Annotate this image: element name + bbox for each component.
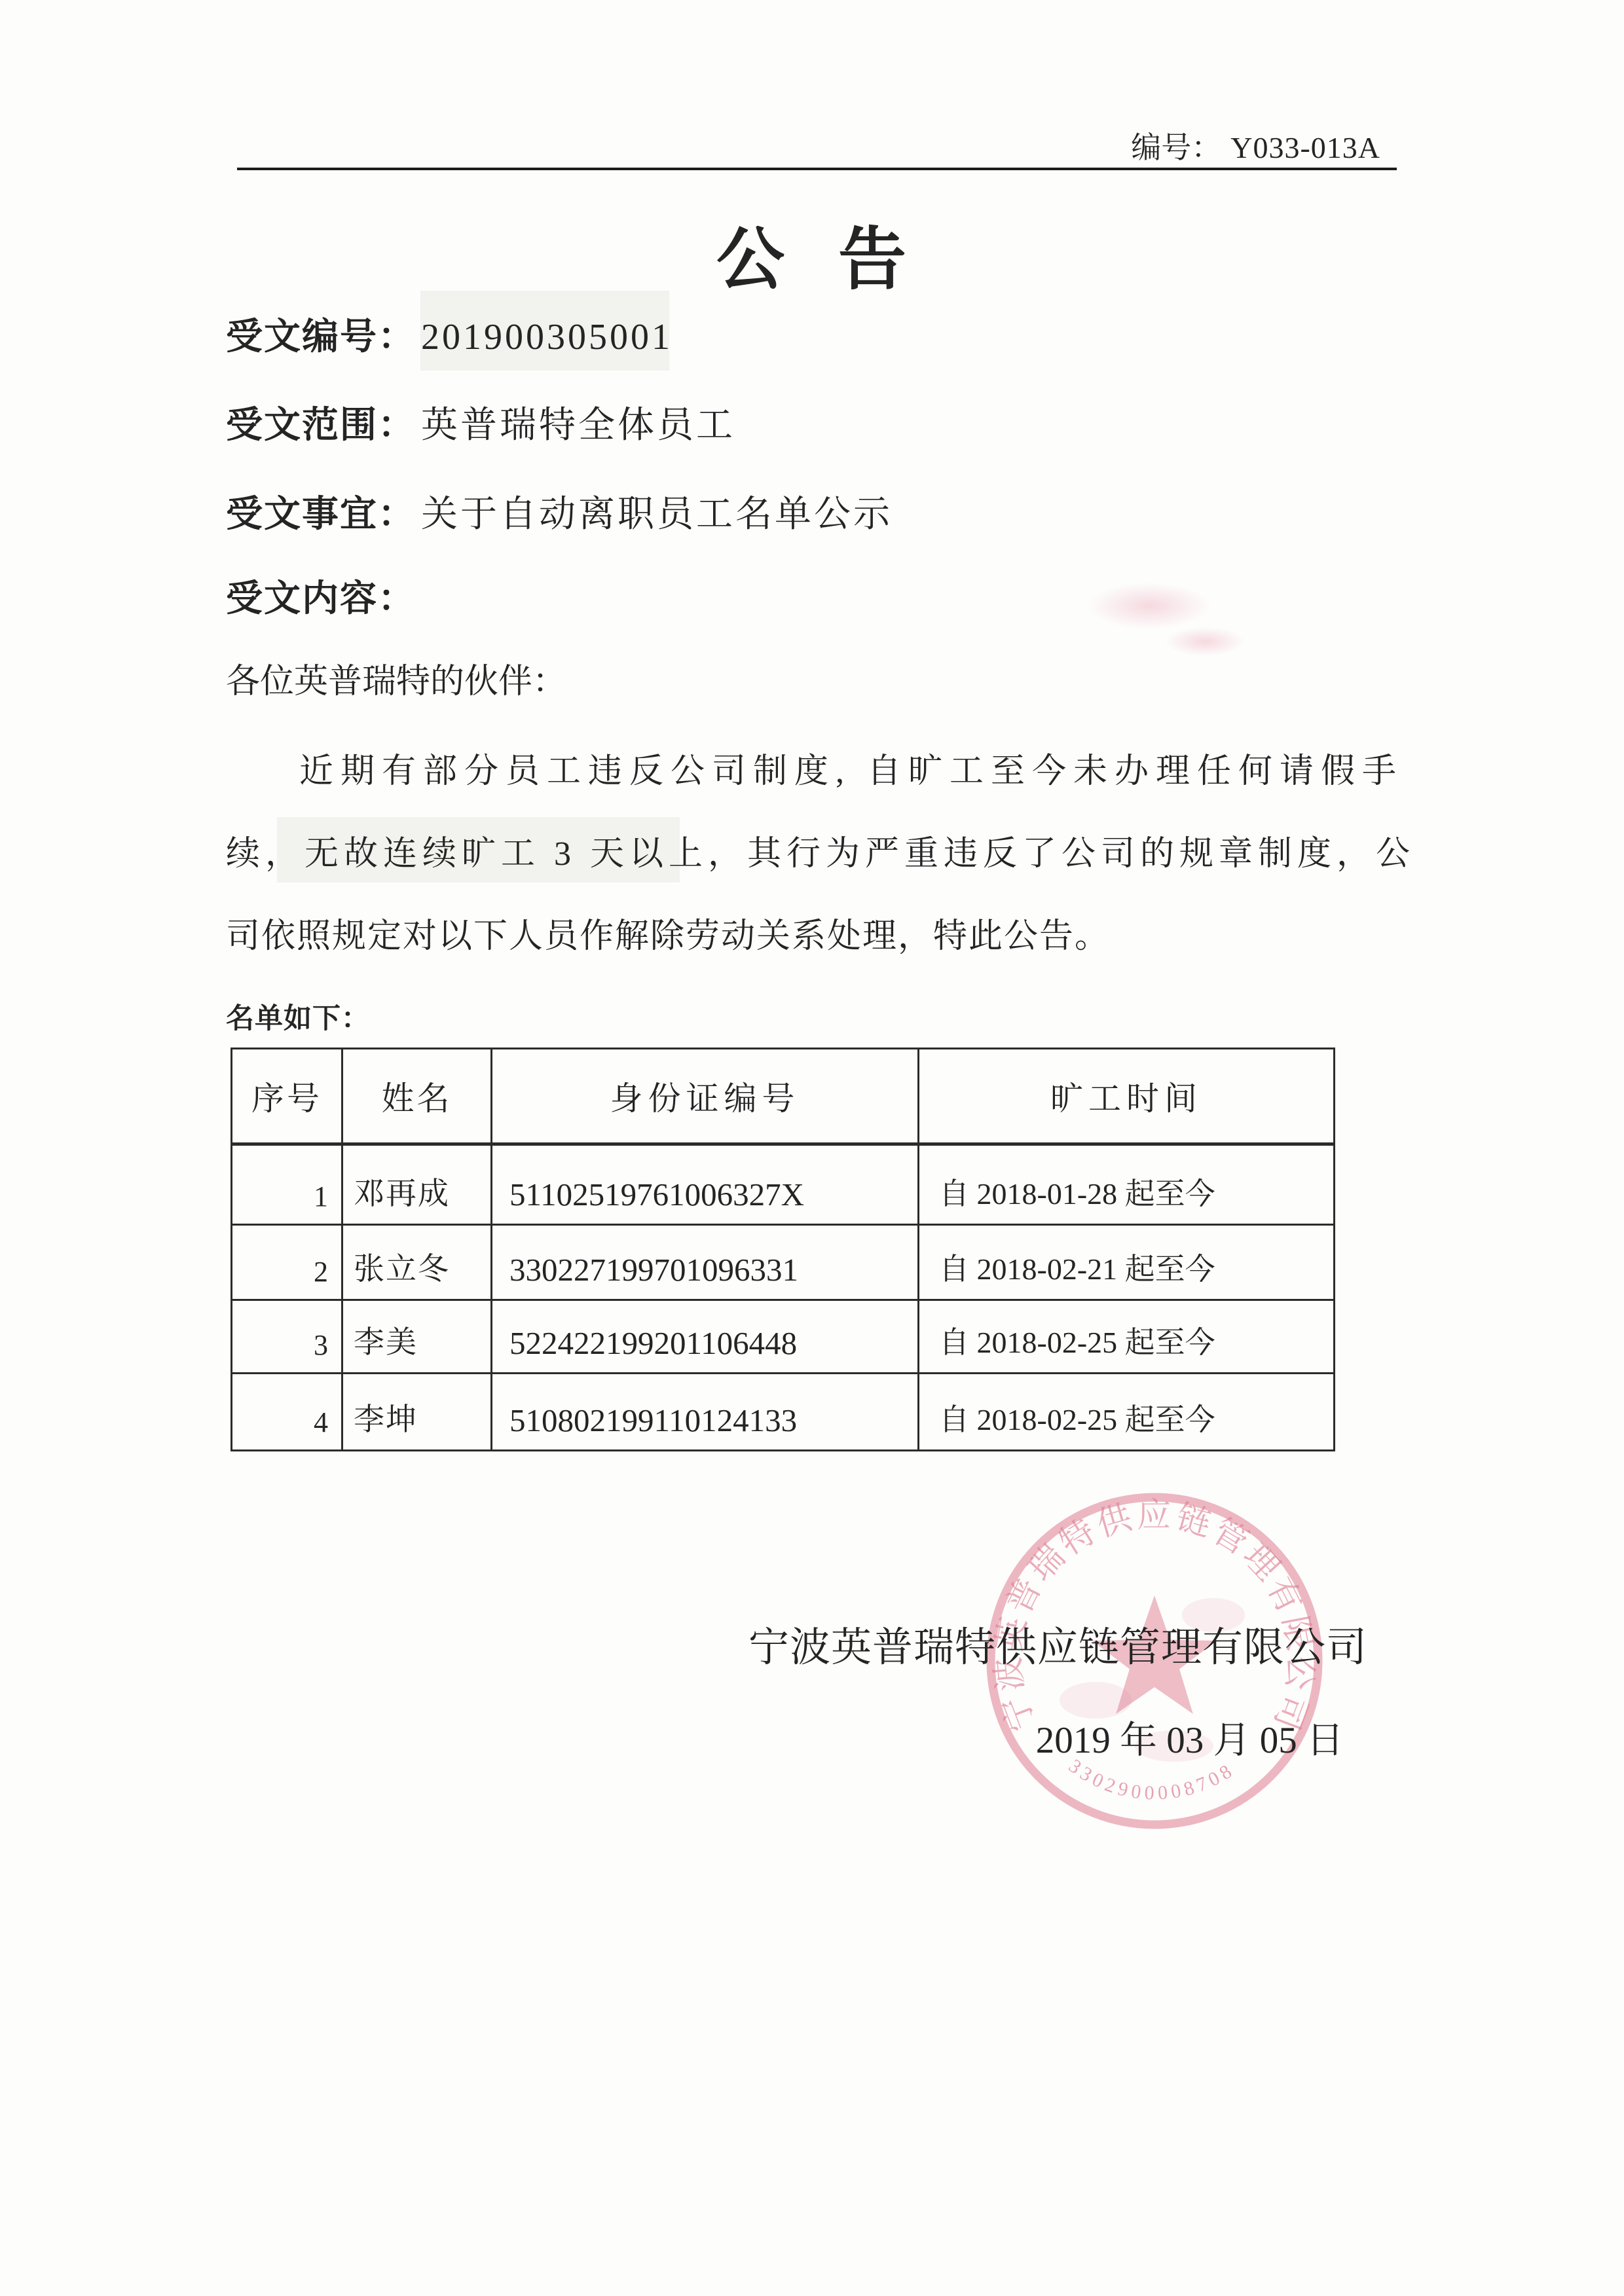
field-value: 关于自动离职员工名单公示	[421, 494, 893, 535]
cell-id: 510802199110124133	[492, 1374, 919, 1451]
table-row: 1 邓再成 51102519761006327X 自 2018-01-28 起至…	[232, 1144, 1335, 1225]
field-value: 201900305001	[421, 317, 673, 357]
table-row: 3 李美 522422199201106448 自 2018-02-25 起至今	[232, 1300, 1335, 1374]
field-label: 受文内容：	[226, 579, 416, 619]
cell-index: 1	[232, 1144, 342, 1225]
body-line: 司依照规定对以下人员作解除劳动关系处理，特此公告。	[226, 915, 1110, 958]
cell-id: 522422199201106448	[492, 1300, 919, 1374]
table-row: 2 张立冬 330227199701096331 自 2018-02-21 起至…	[232, 1225, 1335, 1300]
salutation: 各位英普瑞特的伙伴：	[226, 662, 566, 702]
doc-number: 编号：Y033-013A	[1131, 130, 1380, 166]
col-header-index: 序号	[232, 1049, 342, 1144]
field-content: 受文内容：	[226, 577, 421, 621]
doc-title: 公 告	[0, 221, 1624, 300]
header-rule	[237, 168, 1397, 170]
roster-table: 序号 姓名 身份证编号 旷工时间 1 邓再成 51102519761006327…	[231, 1048, 1335, 1451]
signature-company: 宁波英普瑞特供应链管理有限公司	[748, 1614, 1367, 1673]
col-header-absence: 旷工时间	[919, 1049, 1335, 1144]
body-line: 近期有部分员工违反公司制度, 自旷工至今未办理任何请假手	[226, 750, 1403, 793]
field-label: 受文编号：	[226, 317, 416, 357]
signature-date: 2019 年 03 月 05 日	[1036, 1710, 1344, 1764]
field-label: 受文事宜：	[226, 494, 416, 535]
doc-number-label: 编号：	[1131, 131, 1221, 164]
list-label: 名单如下：	[226, 996, 370, 1036]
col-header-id: 身份证编号	[492, 1049, 919, 1144]
cell-index: 3	[232, 1300, 342, 1374]
cell-absence: 自 2018-02-21 起至今	[919, 1225, 1335, 1300]
scan-artifact-speck	[1153, 622, 1257, 661]
body-line: 续，无故连续旷工 3 天以上，其行为严重违反了公司的规章制度，公	[226, 833, 1415, 875]
field-doc-id: 受文编号：201900305001	[226, 316, 673, 359]
cell-index: 2	[232, 1225, 342, 1300]
cell-id: 51102519761006327X	[492, 1144, 919, 1225]
cell-name: 李坤	[342, 1374, 492, 1451]
col-header-name: 姓名	[342, 1049, 492, 1144]
cell-id: 330227199701096331	[492, 1225, 919, 1300]
field-value: 英普瑞特全体员工	[421, 405, 735, 446]
field-label: 受文范围：	[226, 405, 416, 446]
cell-absence: 自 2018-02-25 起至今	[919, 1374, 1335, 1451]
document-page: 编号：Y033-013A 公 告 受文编号：201900305001 受文范围：…	[0, 0, 1624, 2296]
cell-absence: 自 2018-01-28 起至今	[919, 1144, 1335, 1225]
field-subject: 受文事宜：关于自动离职员工名单公示	[226, 493, 893, 537]
table-row: 4 李坤 510802199110124133 自 2018-02-25 起至今	[232, 1374, 1335, 1451]
cell-name: 李美	[342, 1300, 492, 1374]
cell-name: 张立冬	[342, 1225, 492, 1300]
cell-absence: 自 2018-02-25 起至今	[919, 1300, 1335, 1374]
field-scope: 受文范围：英普瑞特全体员工	[226, 404, 735, 448]
cell-name: 邓再成	[342, 1144, 492, 1225]
cell-index: 4	[232, 1374, 342, 1451]
doc-number-value: Y033-013A	[1230, 131, 1380, 164]
table-header-row: 序号 姓名 身份证编号 旷工时间	[232, 1049, 1335, 1144]
